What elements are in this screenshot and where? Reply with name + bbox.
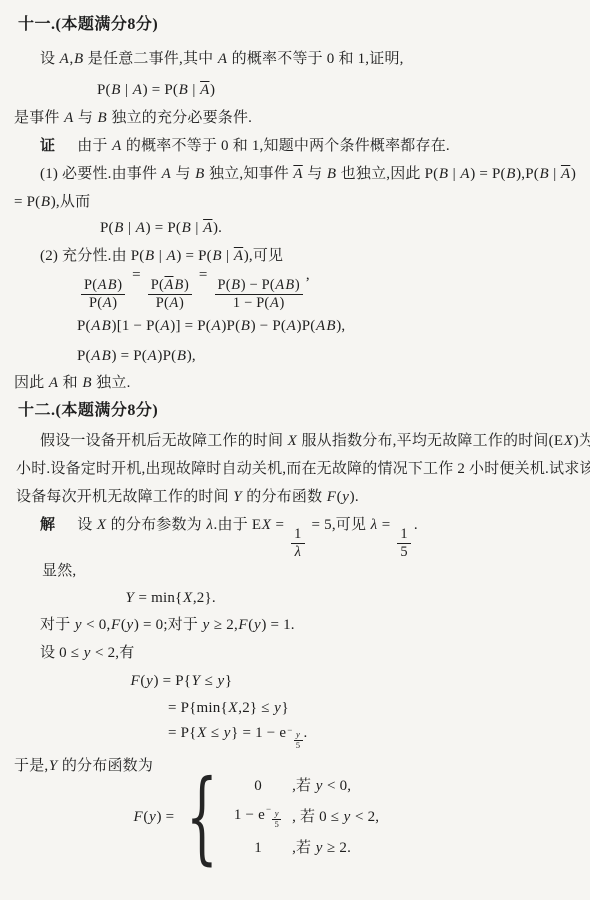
piecewise-row-3: 1,若 y ≥ 2. [226,838,379,858]
solution-intro-text: 设 X 的分布参数为 λ.由于 EX = 1λ = 5,可见 λ = 15. [77,517,418,533]
problem-12-heading: 十二.(本题满分8分) [18,400,158,422]
solution-line: 解设 X 的分布参数为 λ.由于 EX = 1λ = 5,可见 λ = 15. [40,514,418,561]
problem-11-statement-line: 设 A,B 是任意二事件,其中 A 的概率不等于 0 和 1,证明, [40,48,404,70]
formula-fraction-equation: P(AB)P(A) = P(AB)P(A) = P(B) − P(AB)1 − … [78,264,310,312]
problem-11-conclusion: 因此 A 和 B 独立. [14,372,131,394]
necessity-line-2: = P(B),从而 [14,191,90,213]
derivation-line-1: F(y) = P{Y ≤ y} [130,670,232,692]
problem-11-heading: 十一.(本题满分8分) [18,14,158,36]
piecewise-row-3-value: 1 [226,838,290,858]
piecewise-row-1: 0,若 y < 0, [226,776,379,796]
obviously-line: 显然, [42,560,76,582]
formula-y-min-definition: Y = min{X,2}. [125,587,216,609]
piecewise-row-3-condition: ,若 y ≥ 2. [292,838,351,858]
derivation-line-2: = P{min{X,2} ≤ y} [168,697,289,719]
piecewise-row-2-value: 1 − e−y5 [226,805,290,830]
boundary-cases-line: 对于 y < 0,F(y) = 0;对于 y ≥ 2,F(y) = 1. [40,614,295,636]
proof-line: 证由于 A 的概率不等于 0 和 1,知题中两个条件概率都存在. [40,135,450,157]
piecewise-lhs: F(y) = [133,806,174,828]
solution-label: 解 [40,517,55,533]
formula-expanded-equation: P(AB)[1 − P(A)] = P(A)P(B) − P(A)P(AB), [77,315,345,337]
derivation-line-3: = P{X ≤ y} = 1 − e−y5. [168,722,307,750]
necessity-line-1: (1) 必要性.由事件 A 与 B 独立,知事件 A 与 B 也独立,因此 P(… [40,163,576,185]
scanned-textbook-page: 十一.(本题满分8分) 设 A,B 是任意二事件,其中 A 的概率不等于 0 和… [0,0,590,900]
formula-conditional-equality: P(B | A) = P(B | A) [97,79,215,101]
piecewise-row-2: 1 − e−y5, 若 0 ≤ y < 2, [226,805,379,830]
piecewise-row-1-value: 0 [226,776,290,796]
piecewise-rows: 0,若 y < 0, 1 − e−y5, 若 0 ≤ y < 2, 1,若 y … [226,776,379,859]
formula-necessity-result: P(B | A) = P(B | A). [100,217,222,239]
problem-12-statement-line-3: 设备每次开机无故障工作的时间 Y 的分布函数 F(y). [16,486,359,508]
setup-interval-line: 设 0 ≤ y < 2,有 [40,642,134,664]
formula-independence-product: P(AB) = P(A)P(B), [77,345,196,367]
problem-11-claim-line: 是事件 A 与 B 独立的充分必要条件. [14,107,252,129]
proof-label: 证 [40,138,55,154]
problem-12-statement-line-2: 小时.设备定时开机,出现故障时自动关机,而在无故障的情况下工作 2 小时便关机.… [16,458,590,480]
piecewise-row-2-condition: , 若 0 ≤ y < 2, [292,807,379,827]
piecewise-distribution-function: F(y) = { 0,若 y < 0, 1 − e−y5, 若 0 ≤ y < … [133,772,379,862]
piecewise-row-1-condition: ,若 y < 0, [292,776,351,796]
proof-intro-text: 由于 A 的概率不等于 0 和 1,知题中两个条件概率都存在. [77,138,450,154]
problem-12-statement-line-1: 假设一设备开机后无故障工作的时间 X 服从指数分布,平均无故障工作的时间(EX)… [40,430,590,452]
left-brace-symbol: { [186,772,218,862]
